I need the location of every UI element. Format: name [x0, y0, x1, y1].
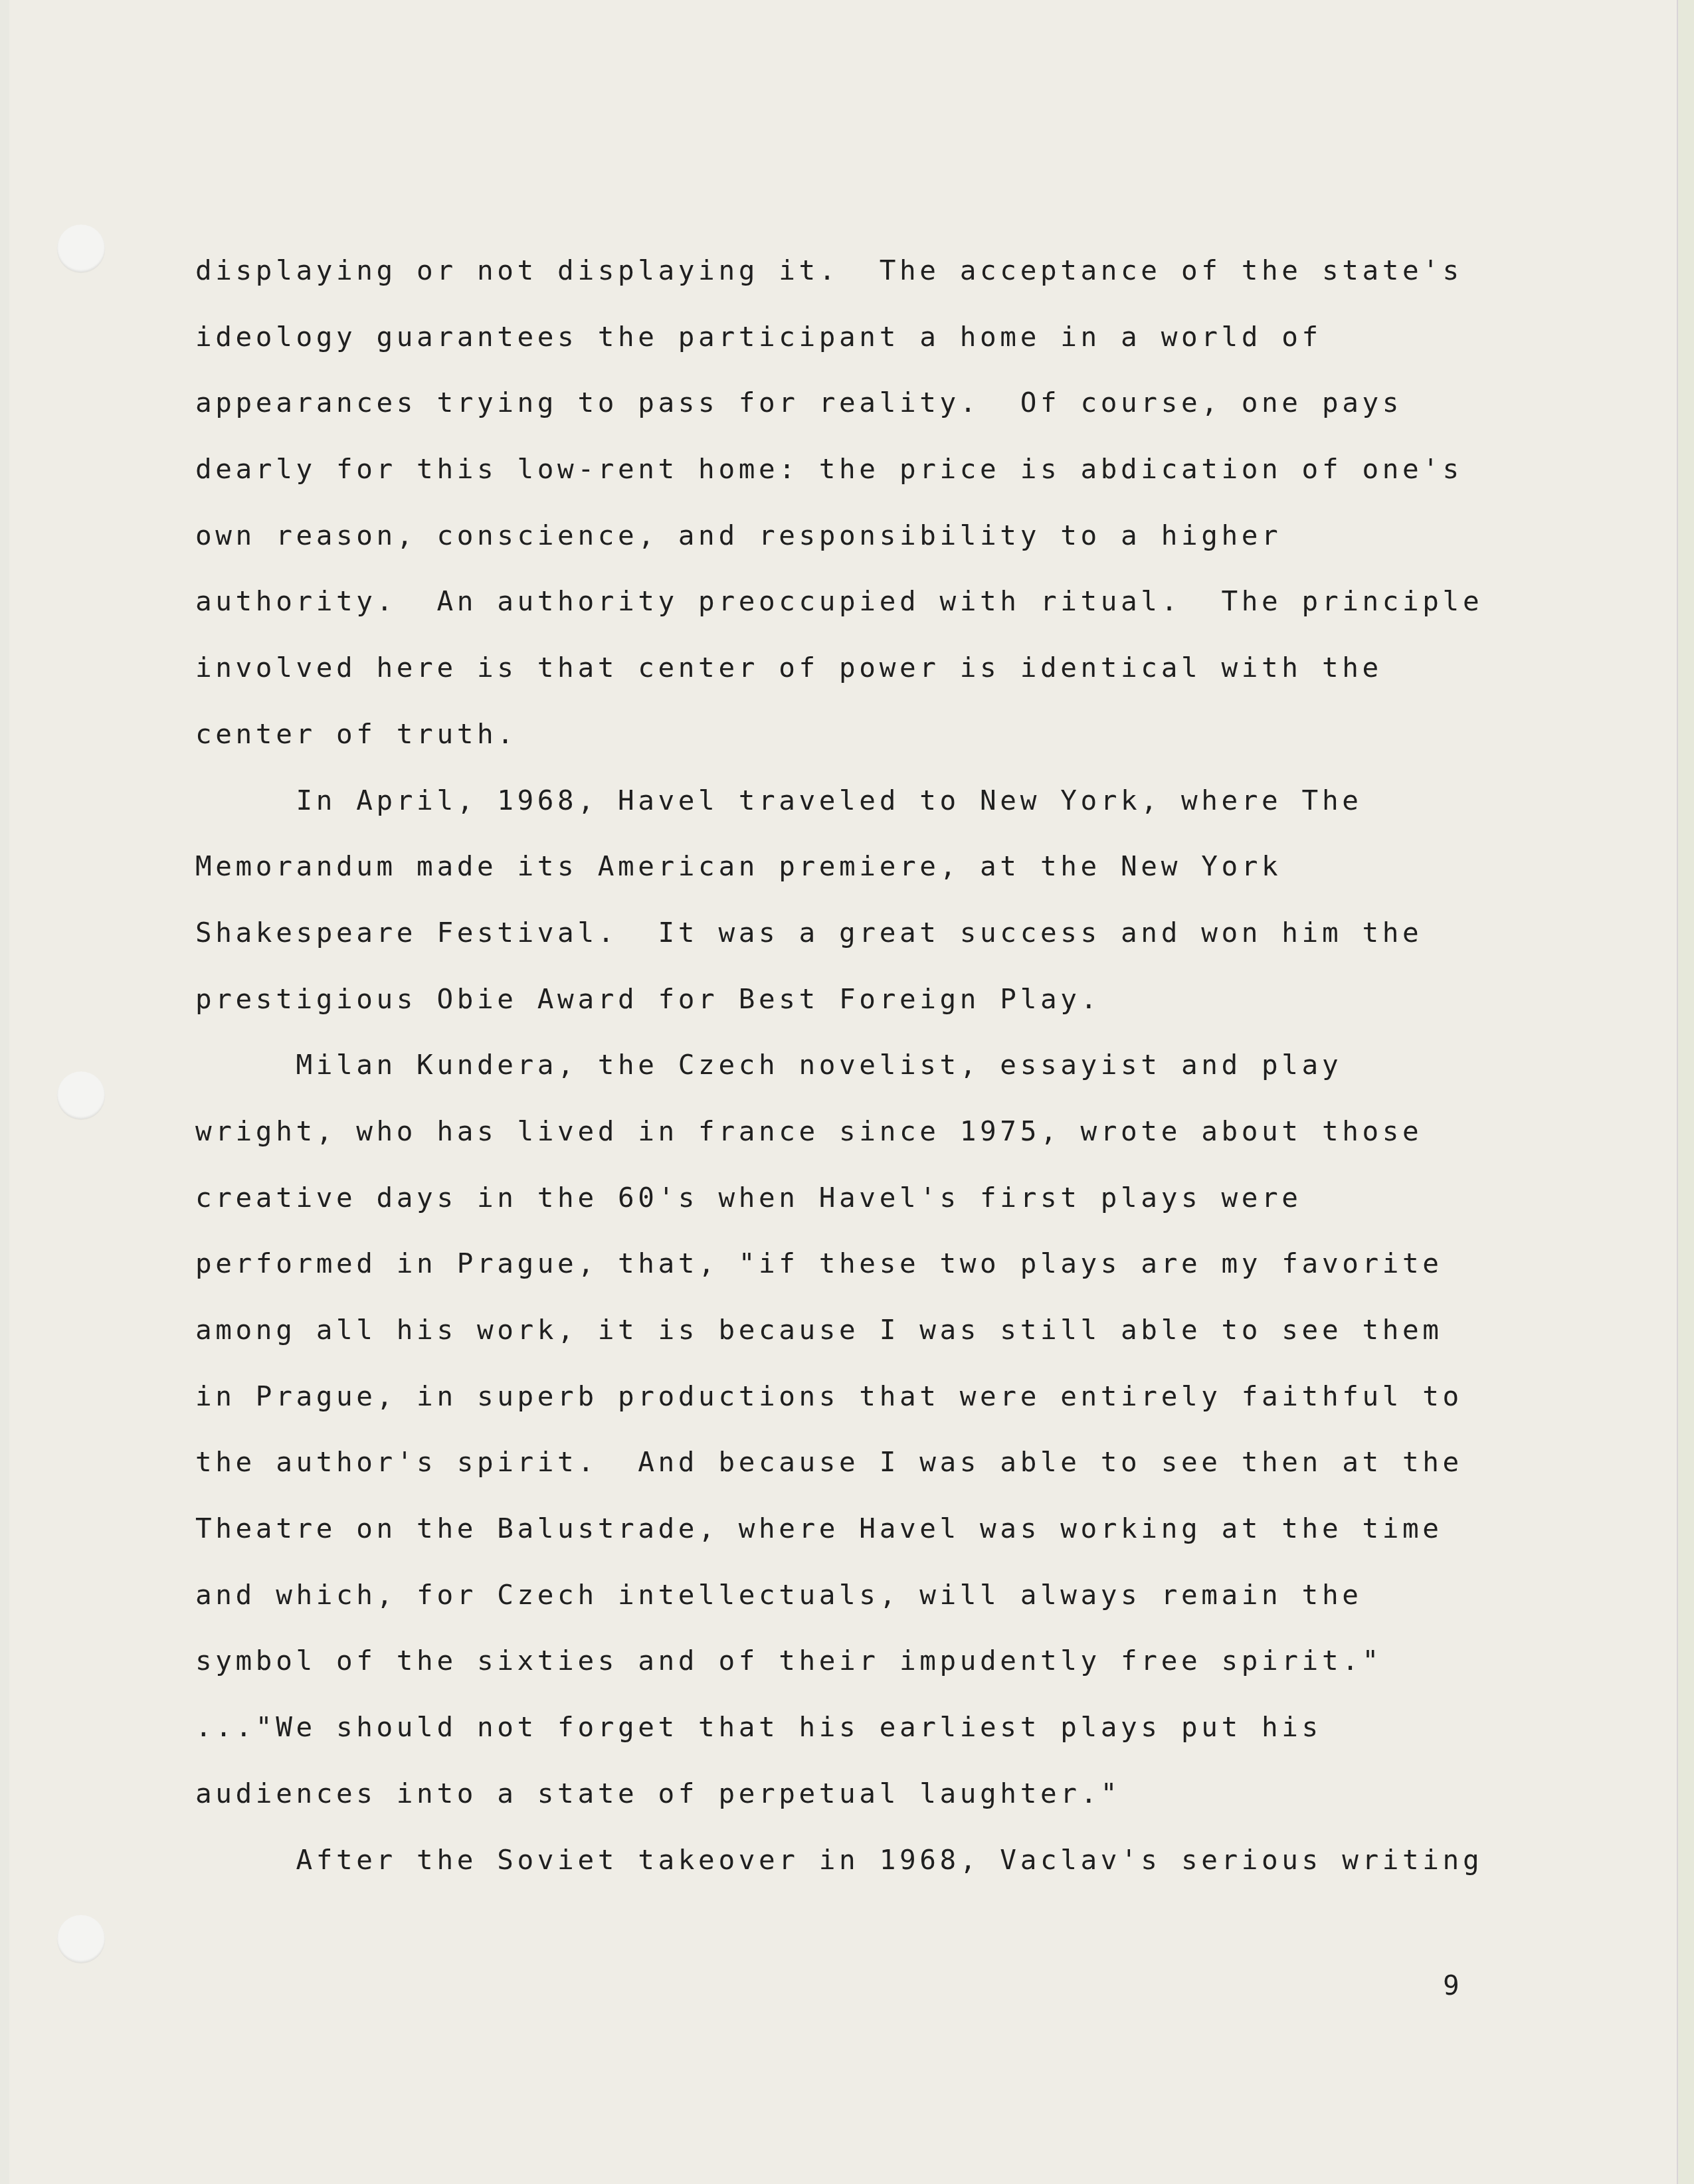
punch-hole-bottom	[57, 1915, 105, 1963]
punch-hole-middle	[57, 1071, 105, 1119]
text-line: displaying or not displaying it. The acc…	[195, 238, 1524, 304]
document-page: displaying or not displaying it. The acc…	[9, 0, 1678, 2184]
text-line: authority. An authority preoccupied with…	[195, 569, 1524, 635]
page-edge	[1677, 0, 1694, 2184]
text-line: own reason, conscience, and responsibili…	[195, 503, 1524, 569]
text-line: Milan Kundera, the Czech novelist, essay…	[195, 1032, 1524, 1099]
text-line: ..."We should not forget that his earlie…	[195, 1694, 1524, 1761]
body-text: displaying or not displaying it. The acc…	[195, 238, 1524, 1893]
text-line: dearly for this low-rent home: the price…	[195, 436, 1524, 503]
text-line: After the Soviet takeover in 1968, Vacla…	[195, 1827, 1524, 1894]
text-line: Theatre on the Balustrade, where Havel w…	[195, 1496, 1524, 1562]
text-line: Shakespeare Festival. It was a great suc…	[195, 900, 1524, 966]
text-line: symbol of the sixties and of their impud…	[195, 1628, 1524, 1694]
text-line: and which, for Czech intellectuals, will…	[195, 1562, 1524, 1629]
text-line: center of truth.	[195, 701, 1524, 768]
text-line: performed in Prague, that, "if these two…	[195, 1231, 1524, 1297]
punch-hole-top	[57, 225, 105, 272]
text-line: wright, who has lived in france since 19…	[195, 1099, 1524, 1165]
text-line: creative days in the 60's when Havel's f…	[195, 1165, 1524, 1231]
text-line: prestigious Obie Award for Best Foreign …	[195, 966, 1524, 1033]
text-line: Memorandum made its American premiere, a…	[195, 834, 1524, 900]
text-line: involved here is that center of power is…	[195, 635, 1524, 701]
text-line: In April, 1968, Havel traveled to New Yo…	[195, 768, 1524, 834]
text-line: appearances trying to pass for reality. …	[195, 370, 1524, 436]
text-line: ideology guarantees the participant a ho…	[195, 304, 1524, 371]
text-line: among all his work, it is because I was …	[195, 1297, 1524, 1364]
text-line: in Prague, in superb productions that we…	[195, 1364, 1524, 1430]
text-line: the author's spirit. And because I was a…	[195, 1429, 1524, 1496]
text-line: audiences into a state of perpetual laug…	[195, 1761, 1524, 1827]
page-number: 9	[1443, 1969, 1459, 2001]
